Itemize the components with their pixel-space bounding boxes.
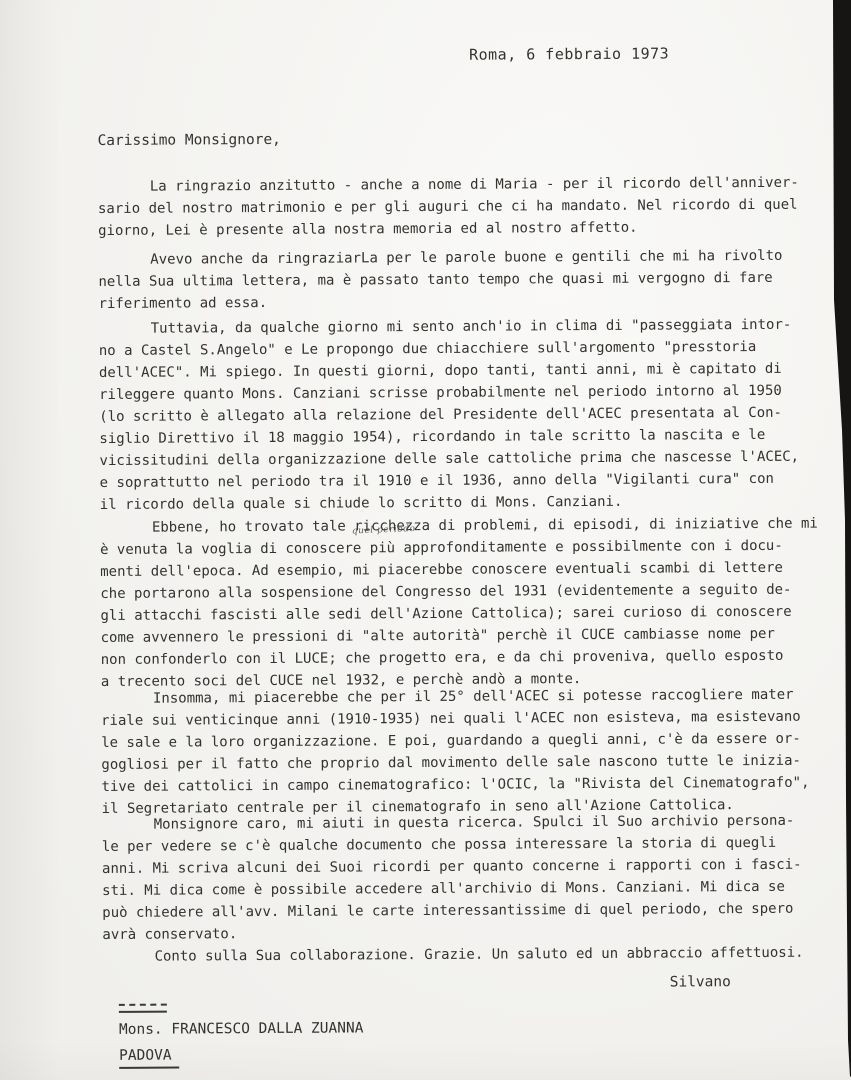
paragraph-anniversary-project: Insomma, mi piacerebbe che per il 25° de… <box>101 683 847 820</box>
paragraph-request-help: Monsignore caro, mi aiuti in questa rice… <box>102 809 848 946</box>
salutation: Carissimo Monsignore, <box>98 132 281 149</box>
addressee-name: Mons. FRANCESCO DALLA ZUANNA <box>119 1015 364 1042</box>
addressee-block: Mons. FRANCESCO DALLA ZUANNA PADOVA <box>119 1002 364 1068</box>
signature: Silvano <box>670 974 731 990</box>
closing-line: Conto sulla Sua collaborazione. Grazie. … <box>102 941 847 968</box>
paragraph-questions: Ebbene, ho trovato tale ricchezza di pro… <box>100 512 846 693</box>
paragraph-acec-prehistory: Tuttavia, da qualche giorno mi sento anc… <box>99 313 845 516</box>
date-line: Roma, 6 febbraio 1973 <box>469 45 669 64</box>
scanned-letter-page: Roma, 6 febbraio 1973 Carissimo Monsigno… <box>0 0 851 1080</box>
letter-content: Roma, 6 febbraio 1973 Carissimo Monsigno… <box>0 0 851 1080</box>
addressee-city-line: PADOVA <box>119 1041 364 1068</box>
paragraph-anniversary: La ringrazio anzitutto - anche a nome di… <box>98 171 843 242</box>
addressee-city: PADOVA <box>119 1046 180 1069</box>
paragraph-thanks: Avevo anche da ringraziarLa per le parol… <box>98 244 843 315</box>
typed-separator-mark <box>119 1004 167 1013</box>
